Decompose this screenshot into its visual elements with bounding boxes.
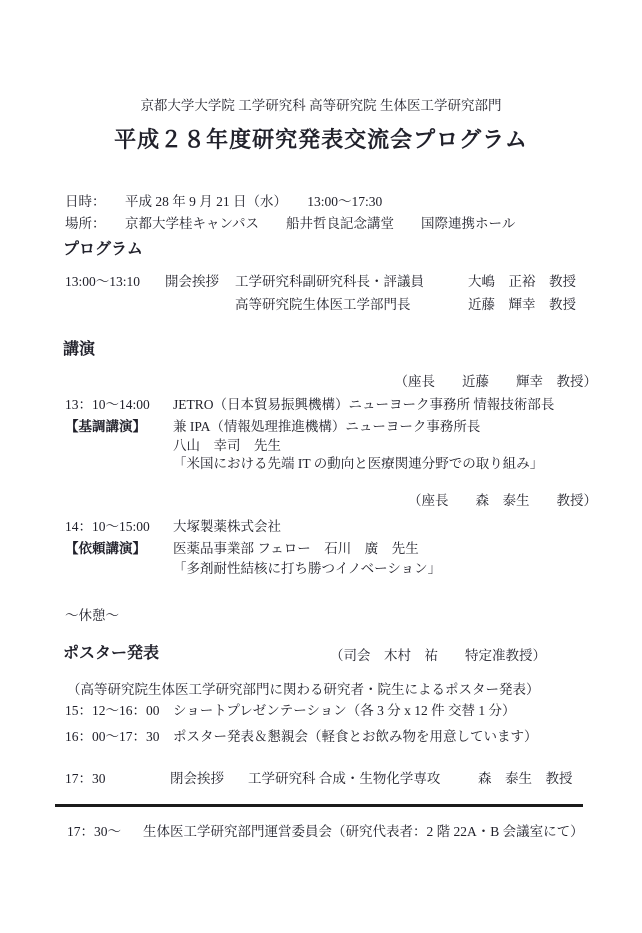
poster-session-time: 15：12～16：00 bbox=[65, 703, 160, 719]
invited-row-1: 14：10～15:00 大塚製薬株式会社 bbox=[0, 519, 642, 536]
poster-session-text: ポスター発表＆懇親会（軽食とお飲み物を用意しています） bbox=[173, 729, 538, 745]
venue-label: 場所： bbox=[65, 216, 106, 232]
keynote-speaker: 八山 幸司 先生 bbox=[173, 438, 281, 454]
invited-time: 14：10～15:00 bbox=[65, 519, 150, 535]
keynote-affiliation-1: JETRO（日本貿易振興機構）ニューヨーク事務所 情報技術部長 bbox=[173, 397, 554, 413]
divider-rule bbox=[55, 804, 583, 807]
venue-row: 場所： 京都大学桂キャンパス 船井哲良記念講堂 国際連携ホール bbox=[0, 216, 642, 233]
keynote-row-4: 「米国における先端 IT の動向と医療関連分野での取り組み」 bbox=[0, 456, 642, 473]
keynote-label: 【基調講演】 bbox=[65, 419, 146, 435]
closing-name: 森 泰生 教授 bbox=[478, 771, 573, 787]
invited-talk-title: 「多剤耐性結核に打ち勝つイノベーション」 bbox=[173, 561, 441, 577]
poster-session-time: 16：00～17：30 bbox=[65, 729, 160, 745]
break-row: ～休憩～ bbox=[0, 608, 642, 625]
poster-note-row: （高等研究院生体医工学研究部門に関わる研究者・院生によるポスター発表） bbox=[0, 682, 642, 699]
invited-speaker: 医薬品事業部 フェロー 石川 廣 先生 bbox=[173, 541, 419, 557]
opening-name-2: 近藤 輝幸 教授 bbox=[468, 297, 576, 313]
opening-role-2: 高等研究院生体医工学部門長 bbox=[235, 297, 411, 313]
opening-role-1: 工学研究科副研究科長・評議員 bbox=[235, 274, 424, 290]
opening-time: 13:00～13:10 bbox=[65, 274, 140, 290]
datetime-row: 日時： 平成 28 年 9 月 21 日（水） 13:00～17:30 bbox=[0, 194, 642, 211]
document-page: 京都大学大学院 工学研究科 高等研究院 生体医工学研究部門 平成２８年度研究発表… bbox=[0, 0, 642, 933]
closing-event: 閉会挨拶 bbox=[170, 771, 224, 787]
datetime-value: 平成 28 年 9 月 21 日（水） 13:00～17:30 bbox=[125, 194, 382, 210]
opening-row-2: 高等研究院生体医工学部門長 近藤 輝幸 教授 bbox=[0, 297, 642, 314]
closing-row: 17：30 閉会挨拶 工学研究科 合成・生物化学専攻 森 泰生 教授 bbox=[0, 771, 642, 788]
keynote-row-1: 13：10～14:00 JETRO（日本貿易振興機構）ニューヨーク事務所 情報技… bbox=[0, 397, 642, 414]
venue-value: 京都大学桂キャンパス 船井哲良記念講堂 国際連携ホール bbox=[125, 216, 515, 232]
poster-moderator: （司会 木村 祐 特定准教授） bbox=[330, 648, 546, 664]
closing-role: 工学研究科 合成・生物化学専攻 bbox=[248, 771, 440, 787]
invited-row-3: 「多剤耐性結核に打ち勝つイノベーション」 bbox=[0, 561, 642, 578]
poster-note: （高等研究院生体医工学研究部門に関わる研究者・院生によるポスター発表） bbox=[67, 682, 540, 698]
keynote-row-2: 【基調講演】 兼 IPA（情報処理推進機構）ニューヨーク事務所長 bbox=[0, 419, 642, 436]
poster-session-row: 15：12～16：00 ショートプレゼンテーション（各 3 分 x 12 件 交… bbox=[0, 703, 642, 720]
after-meeting-text: 生体医工学研究部門運営委員会（研究代表者：2 階 22A・B 会議室にて） bbox=[143, 824, 584, 840]
invited-company: 大塚製薬株式会社 bbox=[173, 519, 281, 535]
poster-moderator-row: （司会 木村 祐 特定准教授） bbox=[0, 648, 642, 665]
opening-row-1: 13:00～13:10 開会挨拶 工学研究科副研究科長・評議員 大嶋 正裕 教授 bbox=[0, 274, 642, 291]
invited-label: 【依頼講演】 bbox=[65, 541, 146, 557]
keynote-affiliation-2: 兼 IPA（情報処理推進機構）ニューヨーク事務所長 bbox=[173, 419, 480, 435]
poster-session-text: ショートプレゼンテーション（各 3 分 x 12 件 交替 1 分） bbox=[173, 703, 516, 719]
invited-chair: （座長 森 泰生 教授） bbox=[0, 493, 597, 509]
keynote-row-3: 八山 幸司 先生 bbox=[0, 438, 642, 455]
keynote-chair: （座長 近藤 輝幸 教授） bbox=[0, 374, 597, 390]
after-meeting-row: 17：30～ 生体医工学研究部門運営委員会（研究代表者：2 階 22A・B 会議… bbox=[0, 824, 642, 841]
break-label: ～休憩～ bbox=[65, 608, 119, 624]
opening-event: 開会挨拶 bbox=[165, 274, 219, 290]
after-meeting-time: 17：30～ bbox=[67, 824, 121, 840]
page-title: 平成２８年度研究発表交流会プログラム bbox=[0, 126, 642, 154]
keynote-time: 13：10～14:00 bbox=[65, 397, 150, 413]
keynote-talk-title: 「米国における先端 IT の動向と医療関連分野での取り組み」 bbox=[173, 456, 543, 472]
organization-line: 京都大学大学院 工学研究科 高等研究院 生体医工学研究部門 bbox=[0, 98, 642, 114]
opening-name-1: 大嶋 正裕 教授 bbox=[468, 274, 576, 290]
invited-row-2: 【依頼講演】 医薬品事業部 フェロー 石川 廣 先生 bbox=[0, 541, 642, 558]
poster-session-row: 16：00～17：30 ポスター発表＆懇親会（軽食とお飲み物を用意しています） bbox=[0, 729, 642, 746]
datetime-label: 日時： bbox=[65, 194, 106, 210]
lectures-heading: 講演 bbox=[63, 341, 95, 359]
closing-time: 17：30 bbox=[65, 771, 106, 787]
program-heading: プログラム bbox=[63, 241, 143, 259]
